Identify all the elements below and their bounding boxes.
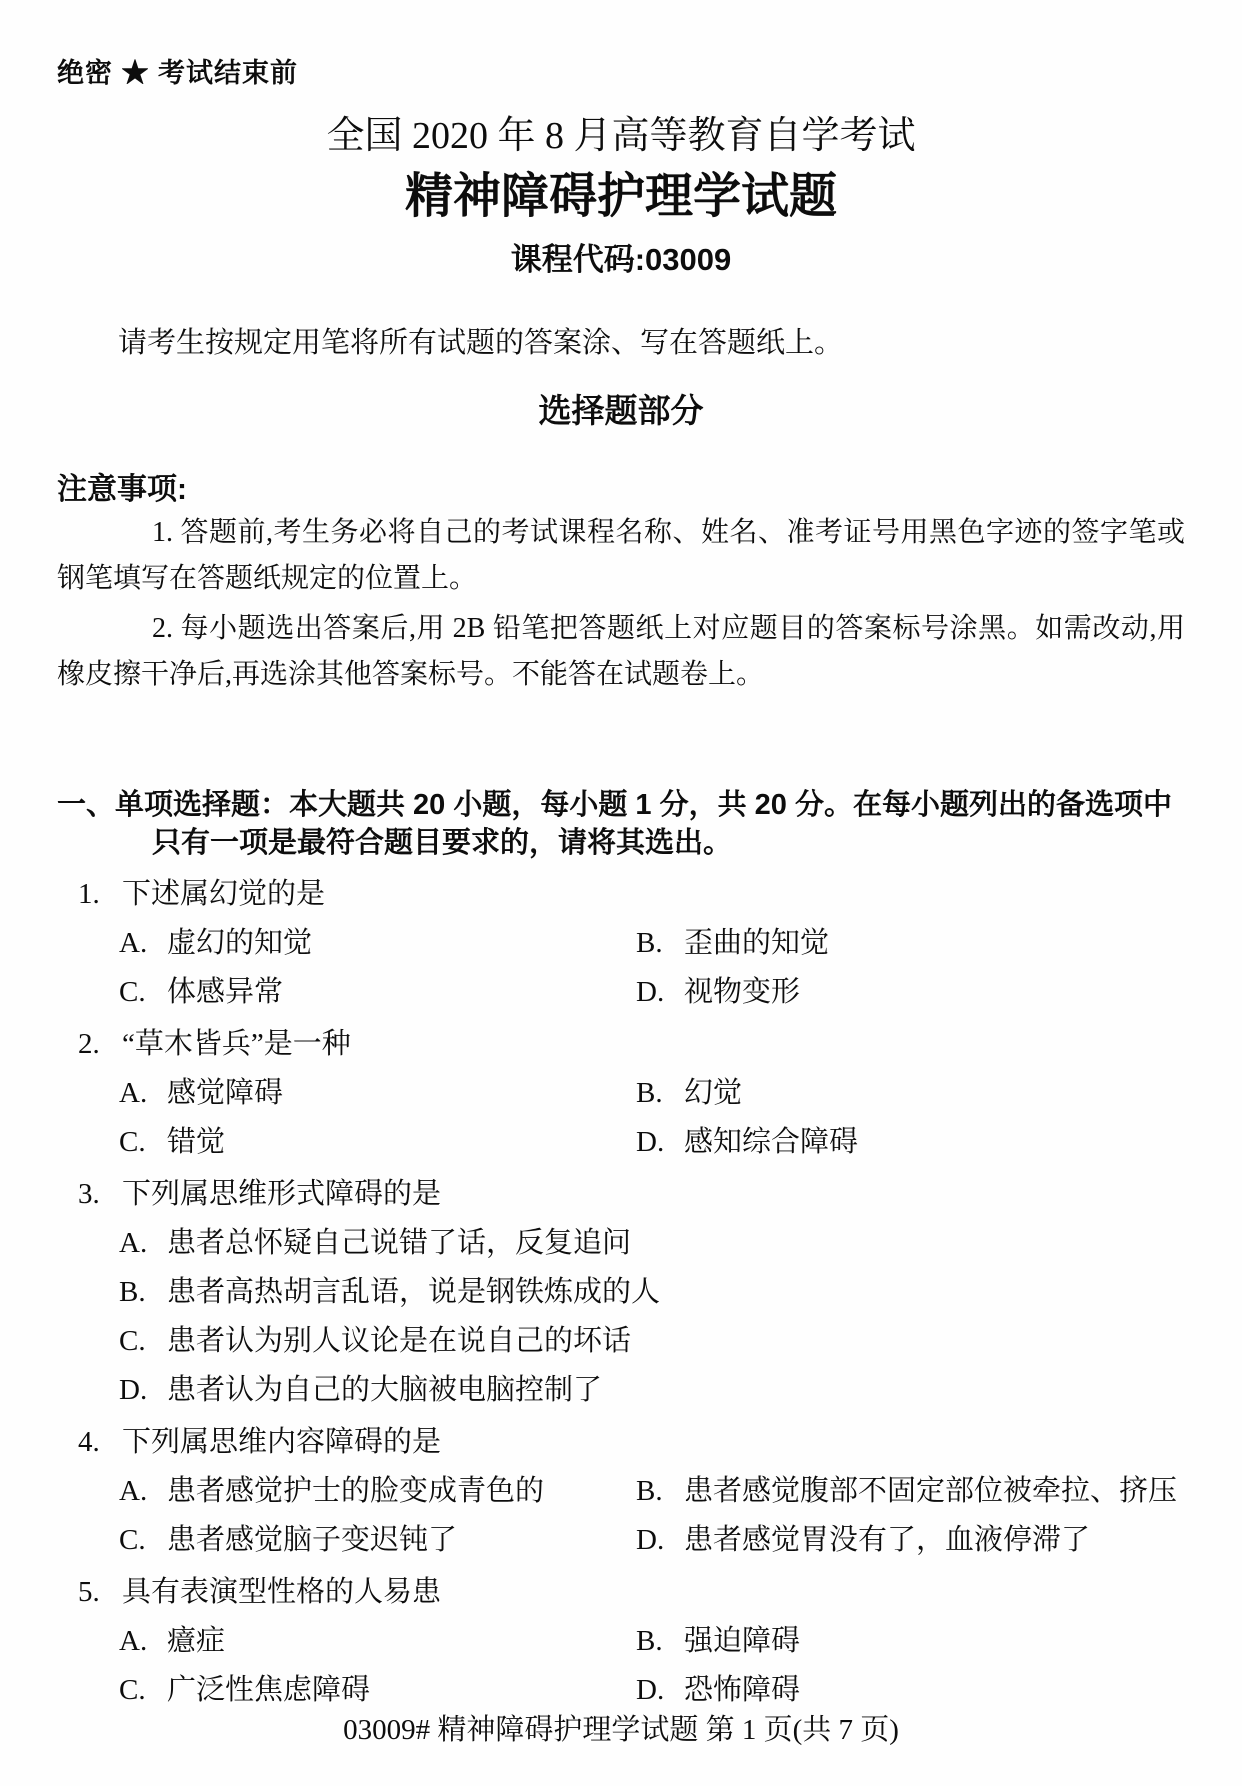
question-number: 1.: [78, 870, 122, 919]
option-label: A.: [119, 1069, 167, 1118]
option-a: A.患者总怀疑自己说错了话，反复追问: [119, 1219, 1185, 1268]
options: A.虚幻的知觉 B.歪曲的知觉 C.体感异常 D.视物变形: [119, 919, 1185, 1017]
option-a: A.虚幻的知觉: [119, 919, 636, 968]
options: A.患者总怀疑自己说错了话，反复追问 B.患者高热胡言乱语，说是钢铁炼成的人 C…: [119, 1219, 1185, 1415]
option-text: 患者感觉护士的脸变成青色的: [167, 1475, 544, 1507]
option-label: A.: [119, 1219, 167, 1268]
option-c: C.错觉: [119, 1118, 636, 1167]
options: A.感觉障碍 B.幻觉 C.错觉 D.感知综合障碍: [119, 1069, 1185, 1167]
question-5: 5. 具有表演型性格的人易患 A.癔症 B.强迫障碍 C.广泛性焦虑障碍 D.恐…: [57, 1568, 1185, 1715]
option-text: 虚幻的知觉: [167, 927, 312, 959]
question-1: 1. 下述属幻觉的是 A.虚幻的知觉 B.歪曲的知觉 C.体感异常 D.视物变形: [57, 870, 1185, 1017]
option-a: A.癔症: [119, 1617, 636, 1666]
option-label: A.: [119, 1617, 167, 1666]
question-stem: 下述属幻觉的是: [122, 870, 1185, 919]
question-4: 4. 下列属思维内容障碍的是 A.患者感觉护士的脸变成青色的 B.患者感觉腹部不…: [57, 1418, 1185, 1565]
section-heading-line2: 只有一项是最符合题目要求的，请将其选出。: [152, 824, 1185, 862]
option-label: C.: [119, 968, 167, 1017]
option-text: 歪曲的知觉: [684, 927, 829, 959]
option-label: D.: [636, 1666, 684, 1715]
option-d: D.感知综合障碍: [636, 1118, 1185, 1167]
question-stem: 具有表演型性格的人易患: [122, 1568, 1185, 1617]
option-text: 恐怖障碍: [684, 1674, 800, 1706]
option-text: 广泛性焦虑障碍: [167, 1674, 370, 1706]
question-number: 2.: [78, 1020, 122, 1069]
option-label: D.: [636, 1118, 684, 1167]
option-text: 患者感觉胃没有了，血液停滞了: [684, 1524, 1090, 1556]
option-label: D.: [119, 1366, 167, 1415]
option-b: B.强迫障碍: [636, 1617, 1185, 1666]
option-text: 癔症: [167, 1625, 225, 1657]
option-b: B.患者感觉腹部不固定部位被牵拉、挤压: [636, 1467, 1185, 1516]
question-stem-row: 3. 下列属思维形式障碍的是: [57, 1170, 1185, 1219]
paper-title: 精神障碍护理学试题: [57, 164, 1185, 230]
option-b: B.幻觉: [636, 1069, 1185, 1118]
question-stem: 下列属思维形式障碍的是: [122, 1170, 1185, 1219]
section-heading: 一、单项选择题：本大题共 20 小题，每小题 1 分，共 20 分。在每小题列出…: [57, 786, 1185, 862]
option-c: C.广泛性焦虑障碍: [119, 1666, 636, 1715]
option-label: C.: [119, 1118, 167, 1167]
option-c: C.体感异常: [119, 968, 636, 1017]
page-footer: 03009# 精神障碍护理学试题 第 1 页(共 7 页): [57, 1712, 1185, 1748]
option-label: B.: [119, 1268, 167, 1317]
classification-banner: 绝密 ★ 考试结束前: [57, 58, 1185, 88]
notice-item-1: 1. 答题前,考生务必将自己的考试课程名称、姓名、准考证号用黑色字迹的签字笔或钢…: [57, 510, 1185, 602]
option-text: 错觉: [167, 1126, 225, 1158]
option-label: D.: [636, 968, 684, 1017]
option-d: D.视物变形: [636, 968, 1185, 1017]
question-stem-row: 2. “草木皆兵”是一种: [57, 1020, 1185, 1069]
option-label: A.: [119, 1467, 167, 1516]
option-text: 体感异常: [167, 976, 283, 1008]
option-text: 视物变形: [684, 976, 800, 1008]
question-number: 4.: [78, 1418, 122, 1467]
option-text: 感知综合障碍: [684, 1126, 858, 1158]
part-heading: 选择题部分: [57, 388, 1185, 434]
question-3: 3. 下列属思维形式障碍的是 A.患者总怀疑自己说错了话，反复追问 B.患者高热…: [57, 1170, 1185, 1415]
option-c: C.患者认为别人议论是在说自己的坏话: [119, 1317, 1185, 1366]
exam-title: 全国 2020 年 8 月高等教育自学考试: [57, 110, 1185, 162]
question-number: 5.: [78, 1568, 122, 1617]
exam-paper-page: 绝密 ★ 考试结束前 全国 2020 年 8 月高等教育自学考试 精神障碍护理学…: [0, 0, 1242, 1786]
option-text: 患者高热胡言乱语，说是钢铁炼成的人: [167, 1276, 660, 1308]
question-stem: 下列属思维内容障碍的是: [122, 1418, 1185, 1467]
option-label: D.: [636, 1516, 684, 1565]
option-a: A.感觉障碍: [119, 1069, 636, 1118]
option-d: D.恐怖障碍: [636, 1666, 1185, 1715]
option-label: B.: [636, 1617, 684, 1666]
question-stem-row: 4. 下列属思维内容障碍的是: [57, 1418, 1185, 1467]
option-label: C.: [119, 1317, 167, 1366]
question-list: 1. 下述属幻觉的是 A.虚幻的知觉 B.歪曲的知觉 C.体感异常 D.视物变形…: [57, 870, 1185, 1715]
question-2: 2. “草木皆兵”是一种 A.感觉障碍 B.幻觉 C.错觉 D.感知综合障碍: [57, 1020, 1185, 1167]
option-text: 患者感觉脑子变迟钝了: [167, 1524, 457, 1556]
question-stem-row: 1. 下述属幻觉的是: [57, 870, 1185, 919]
option-label: B.: [636, 1467, 684, 1516]
option-d: D.患者感觉胃没有了，血液停滞了: [636, 1516, 1185, 1565]
question-number: 3.: [78, 1170, 122, 1219]
option-label: B.: [636, 1069, 684, 1118]
option-label: A.: [119, 919, 167, 968]
option-text: 强迫障碍: [684, 1625, 800, 1657]
option-text: 患者感觉腹部不固定部位被牵拉、挤压: [684, 1475, 1177, 1507]
options: A.患者感觉护士的脸变成青色的 B.患者感觉腹部不固定部位被牵拉、挤压 C.患者…: [119, 1467, 1185, 1565]
option-text: 感觉障碍: [167, 1077, 283, 1109]
notice-item-2: 2. 每小题选出答案后,用 2B 铅笔把答题纸上对应题目的答案标号涂黑。如需改动…: [57, 606, 1185, 698]
option-b: B.歪曲的知觉: [636, 919, 1185, 968]
option-label: B.: [636, 919, 684, 968]
notice-heading: 注意事项:: [57, 470, 1185, 510]
option-d: D.患者认为自己的大脑被电脑控制了: [119, 1366, 1185, 1415]
option-label: C.: [119, 1516, 167, 1565]
answer-sheet-instruction: 请考生按规定用笔将所有试题的答案涂、写在答题纸上。: [57, 322, 1185, 364]
options: A.癔症 B.强迫障碍 C.广泛性焦虑障碍 D.恐怖障碍: [119, 1617, 1185, 1715]
option-text: 幻觉: [684, 1077, 742, 1109]
question-stem: “草木皆兵”是一种: [122, 1020, 1185, 1069]
option-text: 患者总怀疑自己说错了话，反复追问: [167, 1227, 631, 1259]
option-text: 患者认为别人议论是在说自己的坏话: [167, 1325, 631, 1357]
option-text: 患者认为自己的大脑被电脑控制了: [167, 1374, 602, 1406]
option-a: A.患者感觉护士的脸变成青色的: [119, 1467, 636, 1516]
option-b: B.患者高热胡言乱语，说是钢铁炼成的人: [119, 1268, 1185, 1317]
question-stem-row: 5. 具有表演型性格的人易患: [57, 1568, 1185, 1617]
section-heading-line1: 一、单项选择题：本大题共 20 小题，每小题 1 分，共 20 分。在每小题列出…: [57, 786, 1185, 824]
course-code: 课程代码:03009: [57, 238, 1185, 282]
option-c: C.患者感觉脑子变迟钝了: [119, 1516, 636, 1565]
option-label: C.: [119, 1666, 167, 1715]
